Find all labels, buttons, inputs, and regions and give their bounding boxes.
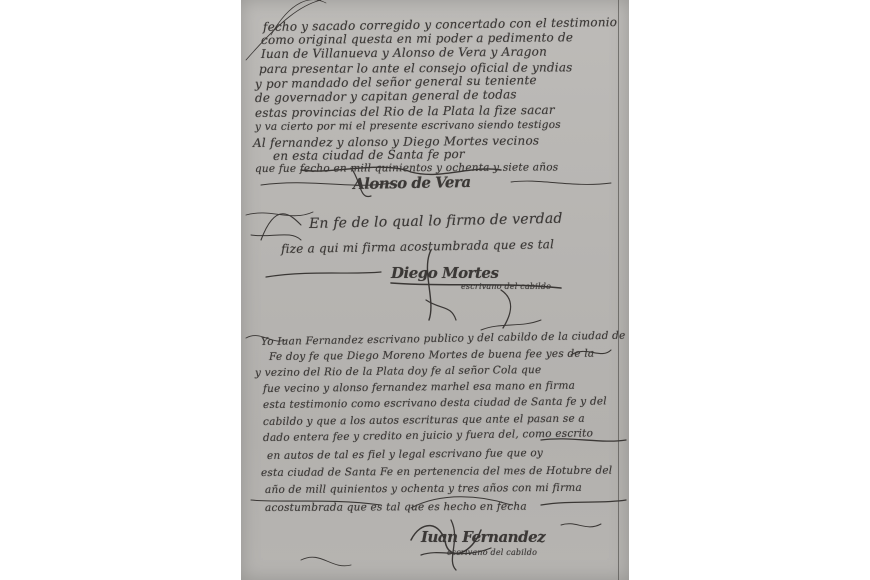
text-line: Fe doy fe que Diego Moreno Mortes de bue…	[269, 348, 594, 363]
text-line: año de mill quinientos y ochenta y tres …	[265, 482, 582, 496]
text-line: y vezino del Rio de la Plata doy fe al s…	[255, 364, 541, 379]
text-line: estas provincias del Rio de la Plata la …	[255, 103, 555, 120]
text-line: fize a qui mi firma acostumbrada que es …	[281, 237, 554, 256]
text-line: Yo Iuan Fernandez escrivano publico y de…	[261, 329, 629, 348]
text-line: fue vecino y alonso fernandez marhel esa…	[263, 380, 575, 395]
text-line: en autos de tal es fiel y legal escrivan…	[267, 447, 543, 462]
text-line: de governador y capitan general de todas	[255, 87, 517, 105]
text-line: cabildo y que a los autos escrituras que…	[263, 413, 585, 428]
signature-title: escrivano del cabildo	[447, 548, 537, 557]
text-line: Iuan de Villanueva y Alonso de Vera y Ar…	[261, 45, 547, 61]
signature: Diego Mortes	[391, 264, 498, 282]
signature-title: escrivano del cabildo	[461, 282, 551, 291]
text-line: que fue fecho en mill quinientos y ochen…	[255, 161, 558, 175]
text-line: y va cierto por mi el presente escrivano…	[255, 119, 561, 133]
manuscript-page: fecho y sacado corregido y concertado co…	[241, 0, 629, 580]
signature: Iuan Fernandez	[421, 528, 545, 546]
text-line: En fe de lo qual lo firmo de verdad	[309, 211, 563, 232]
text-line: esta ciudad de Santa Fe en pertenencia d…	[261, 465, 612, 479]
text-line: dado entera fee y credito en juicio y fu…	[263, 427, 593, 444]
signature: Alonso de Vera	[353, 173, 471, 193]
text-line: acostumbrada que es tal que es hecho en …	[265, 501, 527, 514]
text-line: esta testimonio como escrivano desta ciu…	[263, 395, 607, 411]
text-line: en esta ciudad de Santa fe por	[273, 147, 465, 163]
